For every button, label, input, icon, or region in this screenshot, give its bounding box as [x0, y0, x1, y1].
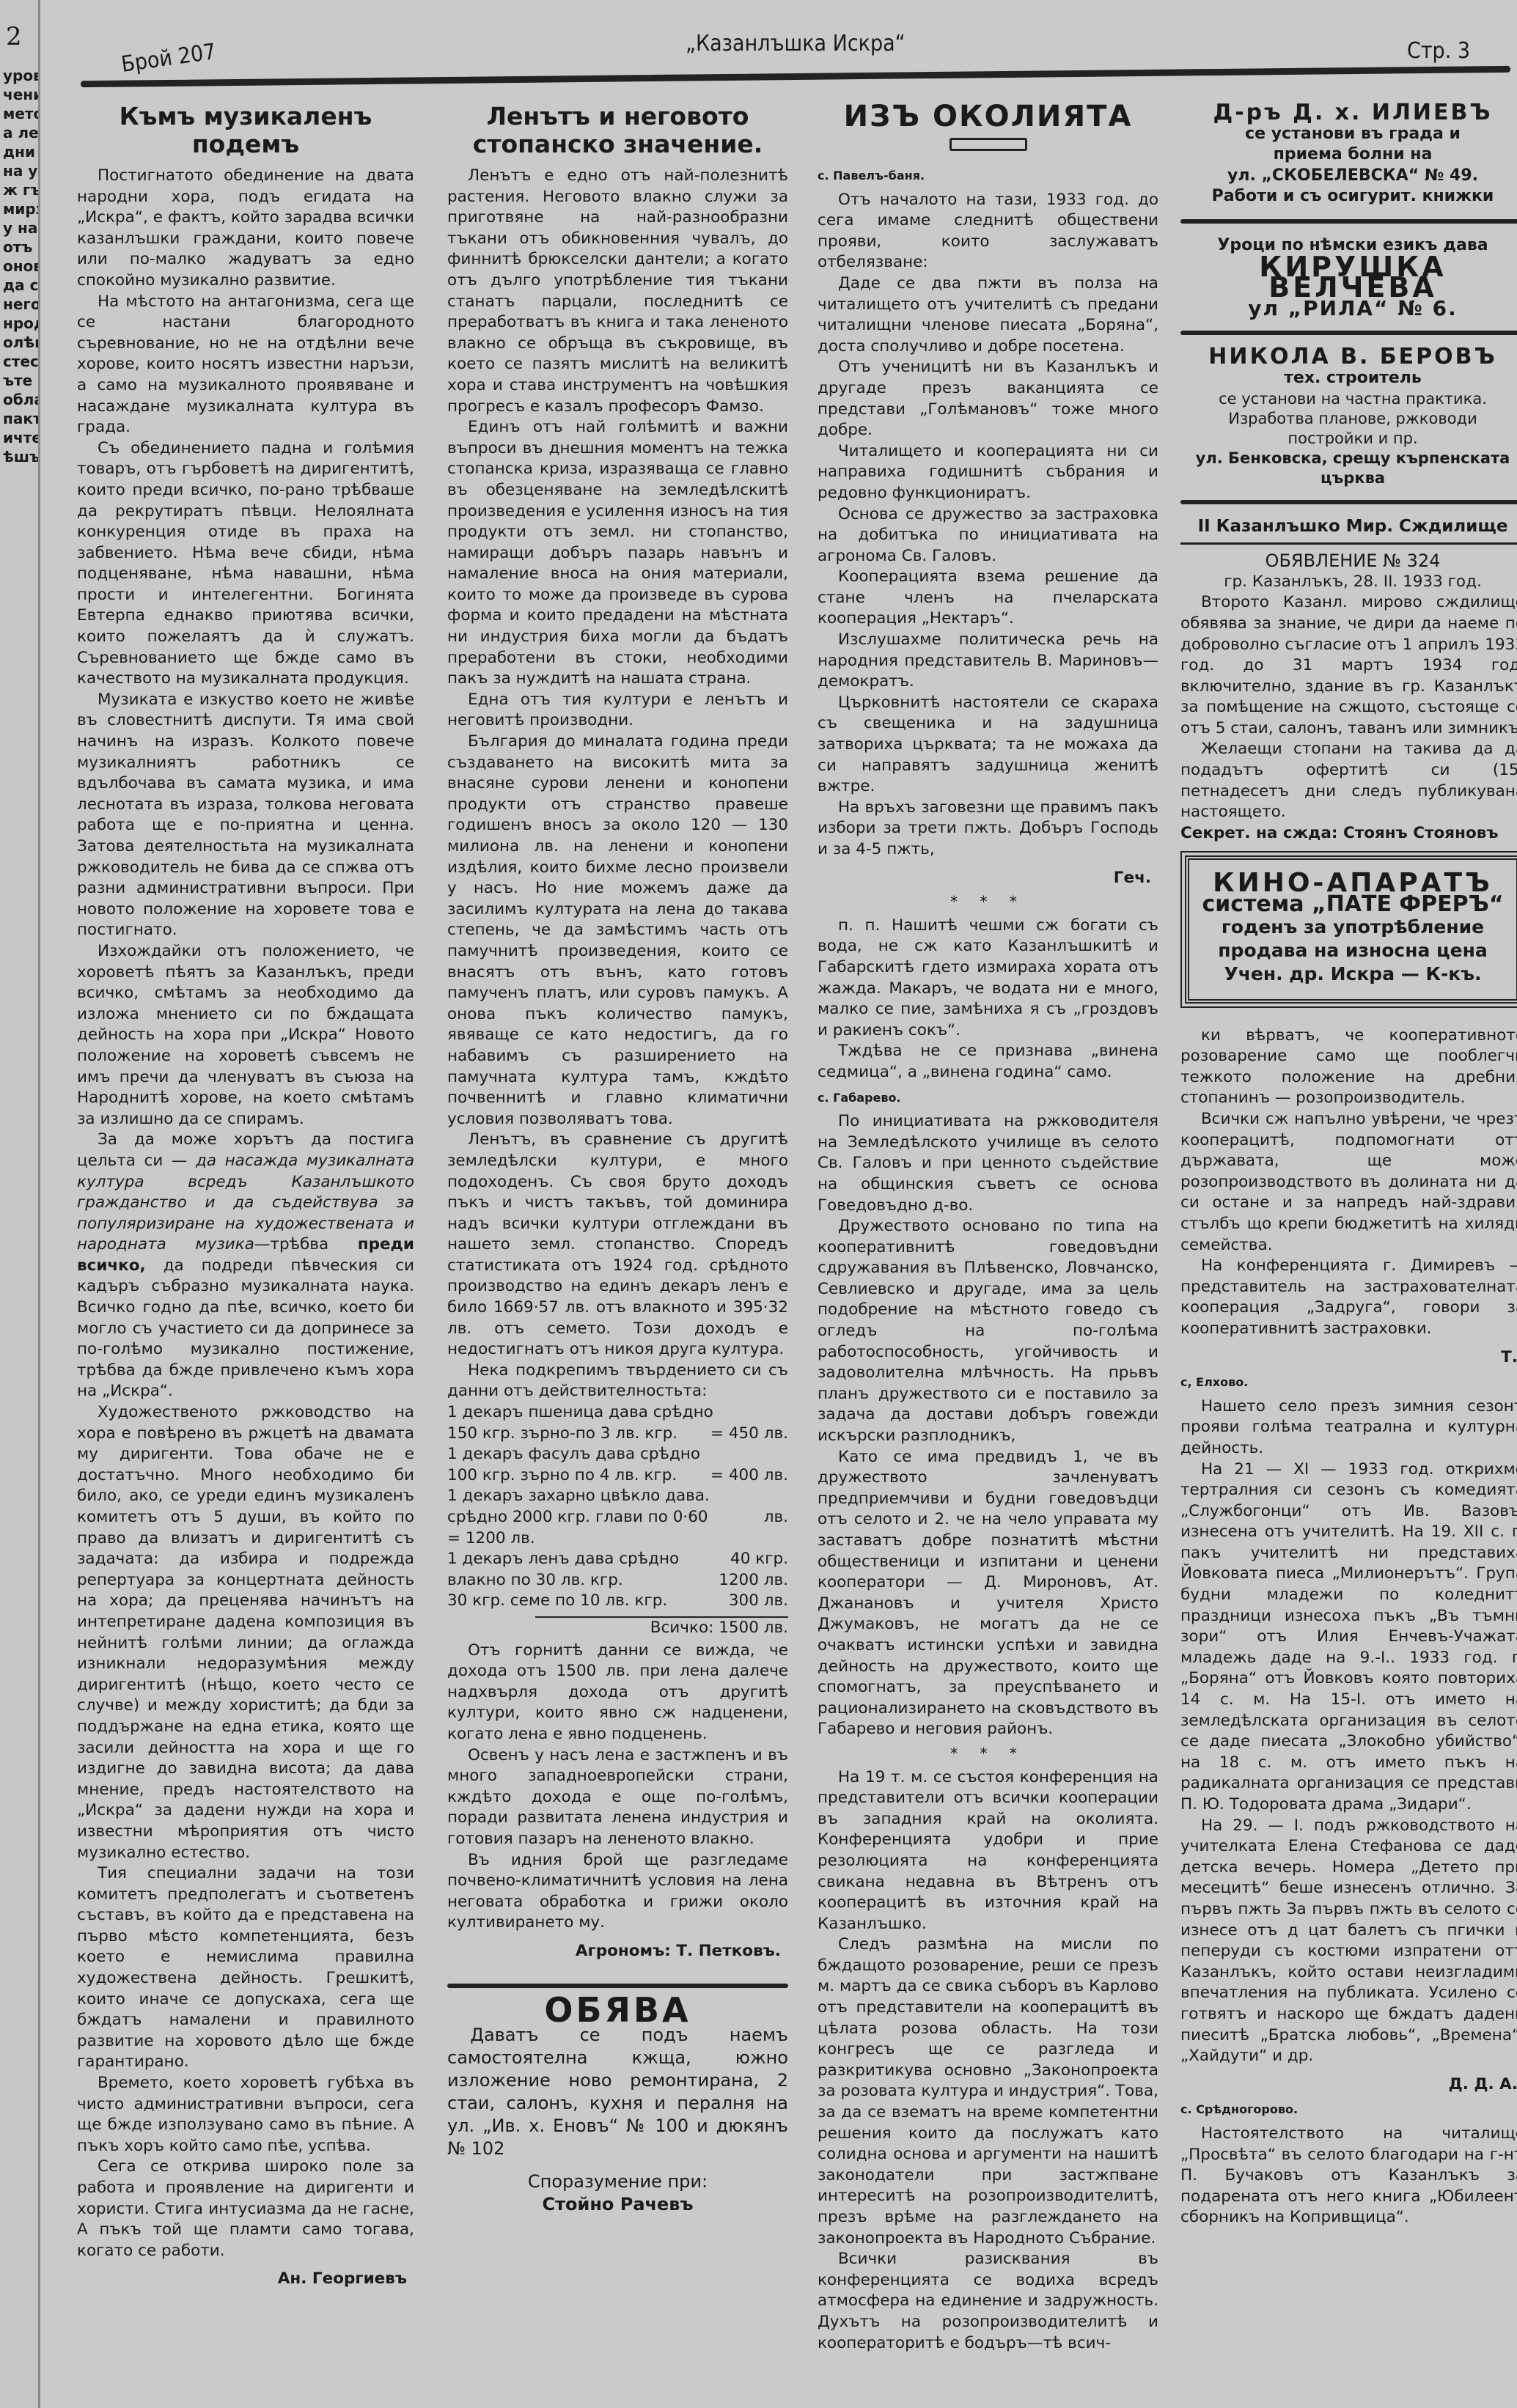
article-paragraph: Постигнатото обединение на двата народни…	[77, 166, 414, 292]
article-paragraph: България до миналата година преди създав…	[447, 732, 788, 1130]
text-fragment: дни за	[3, 142, 38, 161]
article-title: Къмъ музикаленъ подемъ	[77, 103, 414, 158]
article-paragraph: Изхождайки отъ положението, че хороветѣ …	[77, 941, 414, 1130]
news-paragraph: Читалището и кооперацията ни си направих…	[818, 441, 1158, 504]
article-paragraph: На 29. — I. подъ ржководството на учител…	[1180, 1816, 1517, 2067]
text-fragment: олѣм	[3, 333, 38, 352]
ads-and-notices-column: Д-ръ Д. х. ИЛИЕВЪ се установи въ града и…	[1180, 103, 1517, 2228]
news-paragraph: На връхъ заговезни ще правимъ пакъ избор…	[818, 798, 1158, 861]
article-title: Ленътъ и неговото стопанско значение.	[447, 103, 788, 158]
article-paragraph: Единъ отъ най голѣмитѣ и важни въпроси в…	[447, 417, 788, 690]
article-flax: Ленътъ и неговото стопанско значение. Ле…	[447, 103, 788, 2216]
article-paragraph: Второто Казанл. мирово сждилище обявява …	[1180, 592, 1517, 739]
divider	[1180, 219, 1517, 224]
article-paragraph: Художественото ржководство на хора е пов…	[77, 1402, 414, 1863]
news-paragraph: Дружеството основано по типа на кооперат…	[818, 1216, 1158, 1447]
article-paragraph: За да може хорътъ да постига цельта си —…	[77, 1130, 414, 1402]
text-fragment: мирзи	[3, 199, 38, 218]
news-paragraph: На 19 т. м. се състоя конференция на пре…	[818, 1767, 1158, 1935]
notice-contact-name: Стойно Рачевъ	[447, 2193, 788, 2216]
court-notice: II Казанлъшко Мир. Сждилище ОБЯВЛЕНИЕ № …	[1180, 516, 1517, 844]
news-paragraph: Следъ размѣна на мисли по бждащото розов…	[818, 1934, 1158, 2249]
article-body: Ленътъ е едно отъ най-полезнитѣ растения…	[447, 166, 788, 1402]
page-number: Стр. 3	[1407, 38, 1470, 64]
previous-page-strip: 2 уроведъченитѣметодъа лендни зана учж г…	[0, 0, 40, 2408]
notice-text: Даватъ се подъ наемъ самостоятелна кжща,…	[447, 2024, 788, 2160]
article-paragraph: Съ обединението падна и голѣмия товаръ, …	[77, 438, 414, 690]
news-paragraph: п. п. Нашитѣ чешми сж богати съ вода, не…	[818, 916, 1158, 1042]
article-paragraph: На мѣстото на антагонизма, сега ще се на…	[77, 292, 414, 438]
calculation-row: 1 декаръ ленъ дава срѣдно40 кгр.	[447, 1549, 788, 1570]
article-paragraph: Музиката е изкуство което не живѣе въ сл…	[77, 690, 414, 941]
article-paragraph: На конференцията г. Димиревъ — представи…	[1180, 1256, 1517, 1339]
text-fragment: ж гър	[3, 180, 38, 199]
calculation-row: 1 декаръ фасулъ дава срѣдно	[447, 1444, 788, 1465]
text-fragment: ичте-	[3, 428, 38, 447]
article-paragraph: Нека подкрепимъ твърдението си съ данни …	[447, 1361, 788, 1402]
article-paragraph: Желаещи стопани на такива да да подадътъ…	[1180, 739, 1517, 822]
text-fragment: онова,	[3, 257, 38, 276]
article-paragraph: Освенъ у насъ лена е застжпенъ и въ мног…	[447, 1745, 788, 1850]
text-fragment: нрод	[3, 314, 38, 333]
calculation-row: влакно по 30 лв. кгр.1200 лв.	[447, 1570, 788, 1591]
calculation-row: 1 декаръ захарно цвѣкло дава.	[447, 1486, 788, 1507]
article-signature: Агрономъ: Т. Петковъ.	[447, 1941, 781, 1962]
calculation-row: срѣдно 2000 кгр. глави по 0·60лв.	[447, 1507, 788, 1528]
article-paragraph: Една отъ тия култури е ленътъ и неговитѣ…	[447, 690, 788, 732]
news-paragraph: По инициативата на ржководителя на Земле…	[818, 1111, 1158, 1216]
ad-cinema-projector: КИНО-АПАРАТЪ система „ПАТЕ ФРЕРЪ“ годенъ…	[1185, 855, 1517, 1003]
article-body-continued: Художественото ржководство на хора е пов…	[77, 1402, 414, 2261]
notice-title: ОБЯВА	[447, 2000, 788, 2021]
article-paragraph: Ленътъ е едно отъ най-полезнитѣ растения…	[447, 166, 788, 417]
divider	[447, 1984, 788, 1988]
news-paragraph: Изслушахме политическа речь на народния …	[818, 630, 1158, 693]
article-paragraph: Въ идния брой ще разгледаме почвено-клим…	[447, 1850, 788, 1934]
place-name: с. Габарево.	[818, 1088, 1158, 1109]
article-body: Постигнатото обединение на двата народни…	[77, 166, 414, 1130]
previous-page-number: 2	[6, 22, 38, 51]
article-body-continued: Отъ горнитѣ данни се вижда, че дохода от…	[447, 1641, 788, 1934]
news-paragraph: Тждѣва не се признава „винена седмица“, …	[818, 1041, 1158, 1083]
news-signature: Геч.	[818, 868, 1151, 889]
text-fragment: на уч	[3, 161, 38, 180]
news-paragraph: Кооперацията взема решение да стане член…	[818, 567, 1158, 630]
newspaper-title: „Казанлъшка Искра“	[686, 31, 906, 56]
text-fragment: ѣшъ	[3, 447, 38, 466]
masthead: Брой 207 „Казанлъшка Искра“ Стр. 3	[84, 31, 1499, 67]
divider	[1180, 331, 1517, 335]
text-fragment: методъ	[3, 104, 38, 123]
calculation-row: 150 кгр. зърно-по 3 лв. кгр.= 450 лв.	[447, 1424, 788, 1445]
article-paragraph: На 21 — XI — 1933 год. открихме тертралн…	[1180, 1459, 1517, 1816]
news-elhovo: Нашето село презъ зимния сезонъ прояви г…	[1180, 1396, 1517, 2067]
news-paragraph: Всички разисквания въ конференцията се в…	[818, 2249, 1158, 2354]
district-news-items: с. Павелъ-баня.Отъ началото на тази, 193…	[818, 166, 1158, 2354]
section-separator-stars: * * *	[818, 891, 1158, 913]
section-district-news: ИЗЪ ОКОЛИЯТА с. Павелъ-баня.Отъ началото…	[818, 103, 1158, 2354]
text-fragment: стест-	[3, 352, 38, 371]
previous-page-text-fragments: уроведъченитѣметодъа лендни зана учж гър…	[0, 66, 38, 466]
article-paragraph: Времето, което хороветѣ губѣха въ чисто …	[77, 2073, 414, 2157]
news-srednogorovo: Настоятелството на читалище „Просвѣта“ в…	[1180, 2124, 1517, 2228]
text-fragment: да се	[3, 276, 38, 295]
place-name: с, Елхово.	[1180, 1372, 1517, 1393]
news-paragraph: Като се има предвидъ 1, че въ дружествот…	[818, 1447, 1158, 1740]
article-paragraph: Тия специални задачи на този комитетъ пр…	[77, 1863, 414, 2073]
text-fragment: уроведъ	[3, 66, 38, 85]
divider	[1180, 500, 1517, 504]
issue-number: Брой 207	[120, 39, 217, 78]
article-paragraph: Нашето село презъ зимния сезонъ прояви г…	[1180, 1396, 1517, 1459]
district-news-continued: ки вѣрватъ, че кооперативното розоварени…	[1180, 1026, 1517, 1340]
article-paragraph: Ленътъ, въ сравнение съ другитѣ земледѣл…	[447, 1130, 788, 1361]
article-paragraph: Настоятелството на читалище „Просвѣта“ в…	[1180, 2124, 1517, 2228]
calculation-row: = 1200 лв.	[447, 1528, 788, 1550]
notice-contact-label: Споразумение при:	[447, 2170, 788, 2193]
article-music: Къмъ музикаленъ подемъ Постигнатото обед…	[77, 103, 414, 2290]
text-fragment: обла-	[3, 390, 38, 409]
place-name: с. Срѣдногорово.	[1180, 2099, 1517, 2121]
yield-calculation-table: 1 декаръ пшеница дава срѣдно150 кгр. зър…	[447, 1402, 788, 1612]
text-fragment: отъ	[3, 238, 38, 257]
rental-notice: ОБЯВА Даватъ се подъ наемъ самостоятелна…	[447, 2000, 788, 2216]
text-fragment: ътe	[3, 371, 38, 390]
calculation-row: 30 кгр. семе по 10 лв. кгр.300 лв.	[447, 1591, 788, 1612]
text-fragment: ченитѣ	[3, 85, 38, 104]
article-paragraph: ки вѣрватъ, че кооперативното розоварени…	[1180, 1026, 1517, 1109]
text-fragment: пакъ	[3, 409, 38, 428]
news-paragraph: Даде се два пжти въ полза на читалището …	[818, 273, 1158, 357]
section-separator-stars: * * *	[818, 1743, 1158, 1764]
calculation-row: 1 декаръ пшеница дава срѣдно	[447, 1402, 788, 1424]
news-paragraph: Основа се дружество за застраховка на до…	[818, 504, 1158, 567]
ad-builder: НИКОЛА В. БЕРОВЪ тех. строитель се устан…	[1180, 347, 1517, 487]
text-fragment: него	[3, 295, 38, 314]
article-paragraph: Отъ горнитѣ данни се вижда, че дохода от…	[447, 1641, 788, 1745]
calculation-row: 100 кгр. зърно по 4 лв. кгр.= 400 лв.	[447, 1465, 788, 1487]
newspaper-page: Брой 207 „Казанлъшка Искра“ Стр. 3 Къмъ …	[40, 0, 1517, 2408]
masthead-rule	[81, 66, 1510, 87]
news-paragraph: Отъ началото на тази, 1933 год. до сега …	[818, 190, 1158, 273]
calculation-total: Всичко: 1500 лв.	[535, 1616, 788, 1639]
news-paragraph: Отъ ученицитѣ ни въ Казанлъкъ и другаде …	[818, 357, 1158, 441]
title-ornament	[949, 138, 1027, 151]
text-fragment: у насъ	[3, 218, 38, 238]
article-paragraph: Сега се открива широко поле за работа и …	[77, 2157, 414, 2261]
article-paragraph: Всички сж напълно увѣрени, че чрезъ кооп…	[1180, 1109, 1517, 1256]
ad-german-lessons: Уроци по нѣмски езикъ дава КИРУШКА ВЕЛЧЕ…	[1180, 235, 1517, 319]
article-signature: Ан. Георгиевъ	[77, 2269, 407, 2290]
news-paragraph: Църковнитѣ настоятели се скараха съ свещ…	[818, 693, 1158, 798]
place-name: с. Павелъ-баня.	[818, 166, 1158, 187]
section-title: ИЗЪ ОКОЛИЯТА	[818, 103, 1158, 130]
text-fragment: а лен	[3, 123, 38, 142]
ad-doctor: Д-ръ Д. х. ИЛИЕВЪ се установи въ града и…	[1180, 103, 1517, 207]
